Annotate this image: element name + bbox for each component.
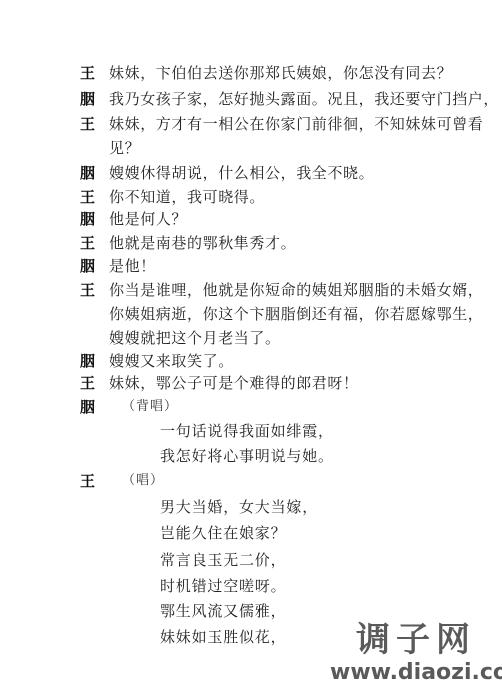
speaker-label: 胭 bbox=[80, 396, 100, 418]
verse-line: 男大当婚，女大当嫁， bbox=[0, 496, 502, 518]
speaker-label: 胭 bbox=[80, 162, 100, 184]
verse-line: 鄂生风流又儒雅， bbox=[0, 600, 502, 622]
dialogue-line: 王妹妹，卞伯伯去送你那郑氏姨娘，你怎没有同去？ bbox=[0, 62, 502, 84]
verse-text: 时机错过空嗟呀。 bbox=[160, 575, 286, 597]
speaker-label: 王 bbox=[80, 232, 100, 254]
dialogue-text: 嫂嫂休得胡说，什么相公，我全不晓。 bbox=[109, 162, 374, 184]
dialogue-line: 胭是他！ bbox=[0, 255, 502, 277]
speaker-label: 王 bbox=[80, 186, 100, 208]
script-page: 王妹妹，卞伯伯去送你那郑氏姨娘，你怎没有同去？胭我乃女孩子家，怎好抛头露面。况且… bbox=[0, 0, 502, 690]
speaker-label: 胭 bbox=[80, 350, 100, 372]
dialogue-text: 见？ bbox=[109, 137, 140, 159]
speaker-label: 王 bbox=[80, 372, 100, 394]
verse-text: 常言良玉无二价， bbox=[160, 549, 286, 571]
stage-direction: （背唱） bbox=[122, 396, 178, 418]
verse-line: 常言良玉无二价， bbox=[0, 549, 502, 571]
dialogue-line: 王你当是谁哩，他就是你短命的姨姐郑胭脂的未婚女婿， bbox=[0, 279, 502, 301]
dialogue-line: 王你不知道，我可晓得。 bbox=[0, 186, 502, 208]
verse-text: 我怎好将心事明说与她。 bbox=[160, 445, 334, 467]
verse-text: 鄂生风流又儒雅， bbox=[160, 600, 286, 622]
song-header: 胭（背唱） bbox=[0, 396, 502, 418]
dialogue-line: 胭嫂嫂休得胡说，什么相公，我全不晓。 bbox=[0, 162, 502, 184]
watermark-url: www.diaozi.com bbox=[330, 660, 502, 686]
verse-text: 男大当婚，女大当嫁， bbox=[160, 496, 318, 518]
dialogue-line: 王妹妹，方才有一相公在你家门前徘徊，不知妹妹可曾看 bbox=[0, 113, 502, 135]
dialogue-text: 你姨姐病逝，你这个卞胭脂倒还有福，你若愿嫁鄂生， bbox=[109, 303, 483, 325]
dialogue-text: 嫂嫂就把这个月老当了。 bbox=[109, 327, 281, 349]
speaker-label: 胭 bbox=[80, 88, 100, 110]
verse-line: 我怎好将心事明说与她。 bbox=[0, 445, 502, 467]
dialogue-line: 王妹妹，鄂公子可是个难得的郎君呀！ bbox=[0, 372, 502, 394]
speaker-label: 王 bbox=[80, 113, 100, 135]
dialogue-text: 他就是南巷的鄂秋隼秀才。 bbox=[109, 232, 296, 254]
dialogue-line: 王他就是南巷的鄂秋隼秀才。 bbox=[0, 232, 502, 254]
dialogue-line: 胭他是何人？ bbox=[0, 208, 502, 230]
dialogue-text: 他是何人？ bbox=[109, 208, 187, 230]
verse-text: 妹妹如玉胜似花， bbox=[160, 626, 286, 648]
dialogue-text: 你当是谁哩，他就是你短命的姨姐郑胭脂的未婚女婿， bbox=[109, 279, 483, 301]
watermark: 调子网 www.diaozi.com bbox=[330, 620, 502, 686]
speaker-label: 胭 bbox=[80, 255, 100, 277]
dialogue-text: 你不知道，我可晓得。 bbox=[109, 186, 265, 208]
song-header: 王（唱） bbox=[0, 470, 502, 492]
speaker-label: 王 bbox=[80, 470, 100, 492]
dialogue-line: 胭我乃女孩子家，怎好抛头露面。况且，我还要守门挡户， bbox=[0, 88, 502, 110]
watermark-site-name: 调子网 bbox=[330, 620, 502, 660]
dialogue-line: 胭嫂嫂又来取笑了。 bbox=[0, 350, 502, 372]
speaker-label: 王 bbox=[80, 62, 100, 84]
verse-line: 一句话说得我面如绯霞， bbox=[0, 420, 502, 442]
dialogue-text: 妹妹，鄂公子可是个难得的郎君呀！ bbox=[109, 372, 359, 394]
dialogue-text: 妹妹，卞伯伯去送你那郑氏姨娘，你怎没有同去？ bbox=[109, 62, 452, 84]
dialogue-line: 见？ bbox=[0, 137, 502, 159]
speaker-label: 胭 bbox=[80, 208, 100, 230]
verse-text: 一句话说得我面如绯霞， bbox=[160, 420, 334, 442]
dialogue-line: 你姨姐病逝，你这个卞胭脂倒还有福，你若愿嫁鄂生， bbox=[0, 303, 502, 325]
verse-line: 时机错过空嗟呀。 bbox=[0, 575, 502, 597]
speaker-label: 王 bbox=[80, 279, 100, 301]
dialogue-text: 妹妹，方才有一相公在你家门前徘徊，不知妹妹可曾看 bbox=[109, 113, 483, 135]
dialogue-text: 嫂嫂又来取笑了。 bbox=[109, 350, 234, 372]
verse-text: 岂能久住在娘家？ bbox=[160, 522, 286, 544]
dialogue-text: 我乃女孩子家，怎好抛头露面。况且，我还要守门挡户， bbox=[109, 88, 499, 110]
dialogue-line: 嫂嫂就把这个月老当了。 bbox=[0, 327, 502, 349]
dialogue-text: 是他！ bbox=[109, 255, 156, 277]
stage-direction: （唱） bbox=[122, 470, 164, 492]
verse-line: 岂能久住在娘家？ bbox=[0, 522, 502, 544]
